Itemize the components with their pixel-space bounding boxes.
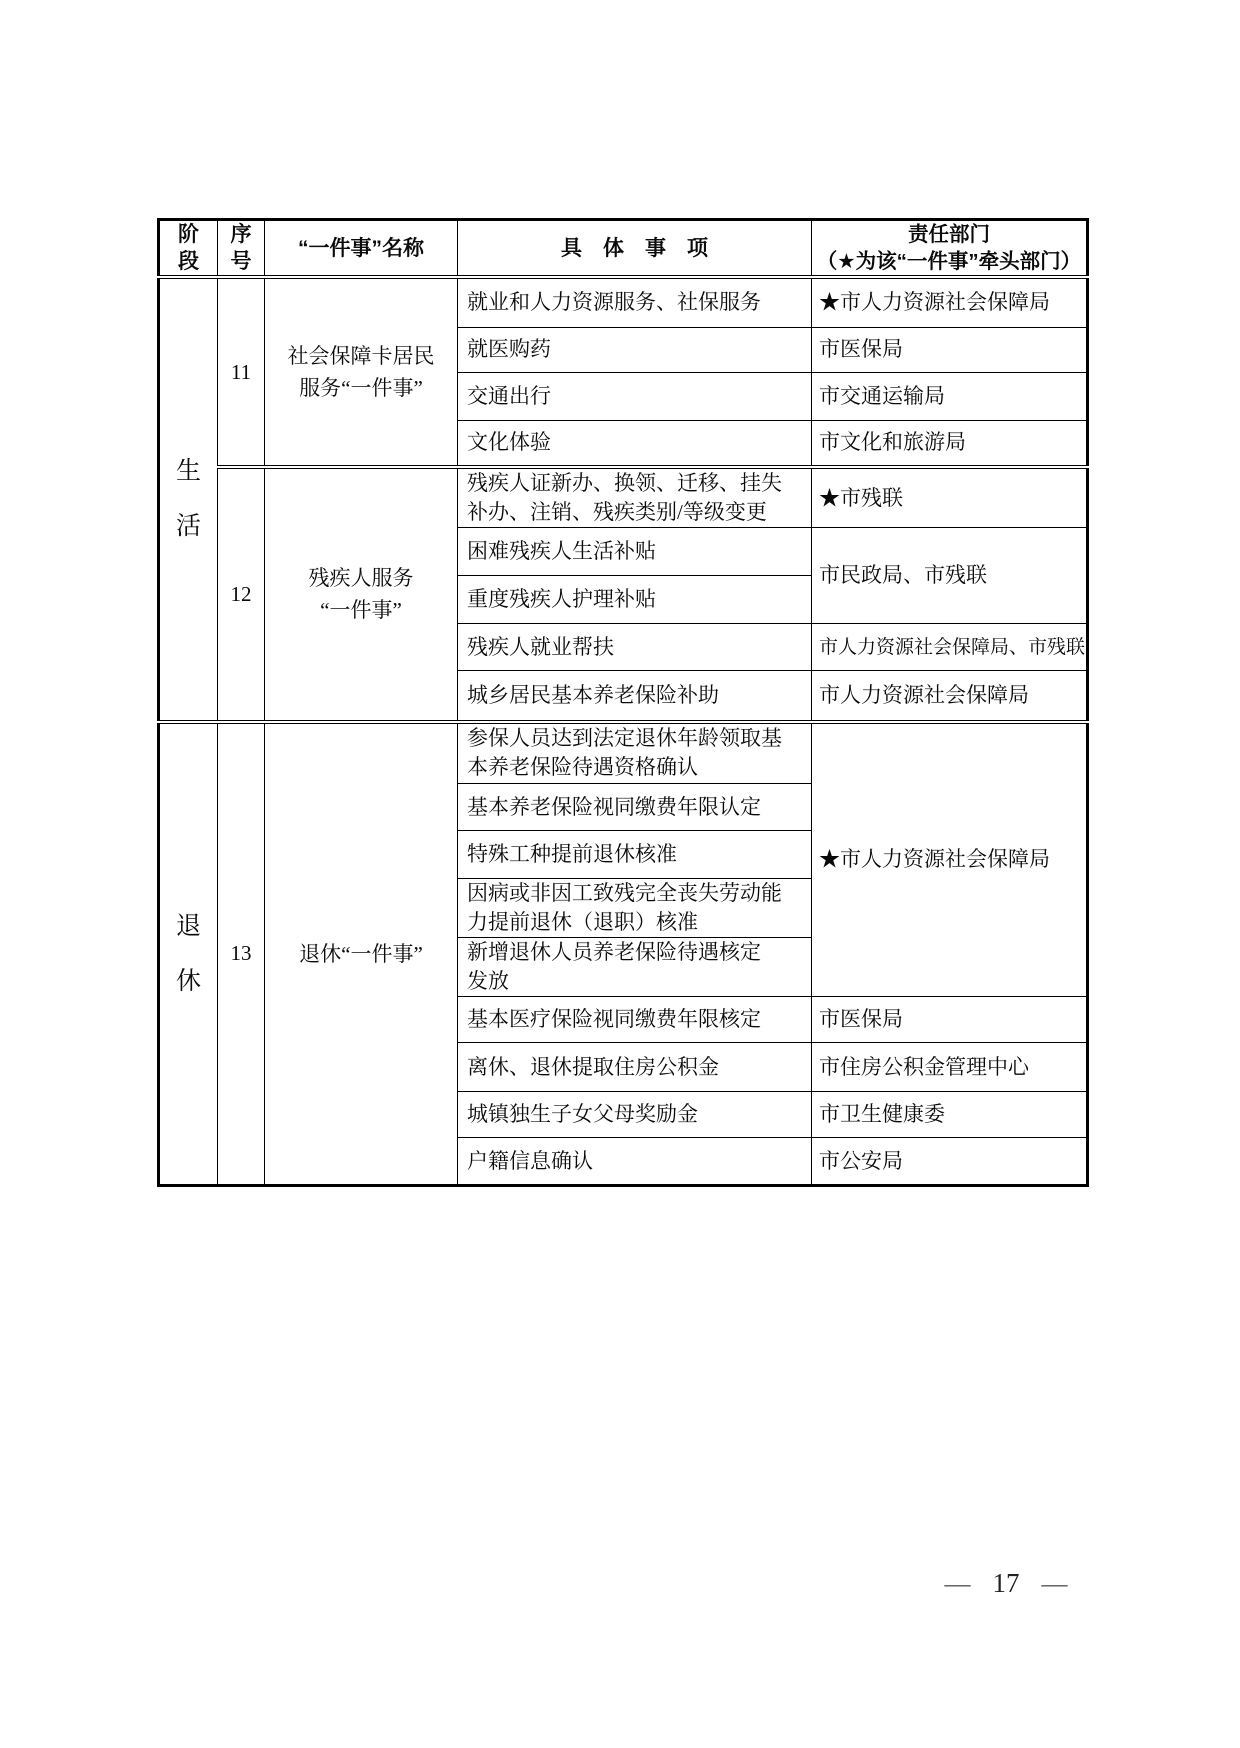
name-cell-disabled-services: 残疾人服务 “一件事” — [265, 467, 458, 722]
no-cell-12: 12 — [218, 467, 265, 722]
item-cell: 基本养老保险视同缴费年限认定 — [458, 784, 812, 831]
item-cell: 离休、退休提取住房公积金 — [458, 1043, 812, 1092]
dept-cell: 市医保局 — [812, 997, 1088, 1043]
item-cell: 参保人员达到法定退休年龄领取基 本养老保险待遇资格确认 — [458, 722, 812, 784]
header-no: 序 号 — [218, 220, 265, 278]
header-dept: 责任部门 （★为该“一件事”牵头部门） — [812, 220, 1088, 278]
name-cell-social-security-card: 社会保障卡居民 服务“一件事” — [265, 277, 458, 467]
stage-cell-life: 生 活 — [159, 277, 218, 722]
page-number: — 17 — — [936, 1568, 1076, 1599]
dept-cell: 市公安局 — [812, 1138, 1088, 1186]
page-number-right-dash: — — [1042, 1569, 1068, 1599]
header-name: “一件事”名称 — [265, 220, 458, 278]
item-cell: 重度残疾人护理补贴 — [458, 576, 812, 624]
document-page: { "table": { "header": { "stage": "阶\n段"… — [0, 0, 1240, 1748]
table-header-row: 阶 段 序 号 “一件事”名称 具 体 事 项 责任部门 （★为该“一件事”牵头… — [159, 220, 1088, 278]
item-cell: 因病或非因工致残完全丧失劳动能 力提前退休（退职）核准 — [458, 879, 812, 938]
dept-cell: 市人力资源社会保障局、市残联 — [812, 624, 1088, 671]
page-number-left-dash: — — [945, 1569, 971, 1599]
page-number-value: 17 — [993, 1568, 1020, 1599]
header-stage: 阶 段 — [159, 220, 218, 278]
item-cell: 残疾人证新办、换领、迁移、挂失 补办、注销、残疾类别/等级变更 — [458, 467, 812, 528]
item-cell: 城乡居民基本养老保险补助 — [458, 671, 812, 722]
dept-cell: 市交通运输局 — [812, 372, 1088, 420]
name-cell-retirement: 退休“一件事” — [265, 722, 458, 1186]
dept-cell: ★市人力资源社会保障局 — [812, 277, 1088, 327]
item-cell: 文化体验 — [458, 420, 812, 467]
item-cell: 户籍信息确认 — [458, 1138, 812, 1186]
table-row: 12 残疾人服务 “一件事” 残疾人证新办、换领、迁移、挂失 补办、注销、残疾类… — [159, 467, 1088, 528]
item-cell: 困难残疾人生活补贴 — [458, 528, 812, 576]
dept-cell: ★市残联 — [812, 467, 1088, 528]
item-cell: 交通出行 — [458, 372, 812, 420]
dept-cell: 市住房公积金管理中心 — [812, 1043, 1088, 1092]
item-cell: 残疾人就业帮扶 — [458, 624, 812, 671]
no-cell-11: 11 — [218, 277, 265, 467]
item-cell: 新增退休人员养老保险待遇核定 发放 — [458, 938, 812, 997]
table-row: 退 休 13 退休“一件事” 参保人员达到法定退休年龄领取基 本养老保险待遇资格… — [159, 722, 1088, 784]
item-cell: 特殊工种提前退休核准 — [458, 831, 812, 879]
table-row: 生 活 11 社会保障卡居民 服务“一件事” 就业和人力资源服务、社保服务 ★市… — [159, 277, 1088, 327]
item-cell: 就业和人力资源服务、社保服务 — [458, 277, 812, 327]
item-cell: 城镇独生子女父母奖励金 — [458, 1092, 812, 1138]
dept-cell: 市民政局、市残联 — [812, 528, 1088, 624]
dept-cell: ★市人力资源社会保障局 — [812, 722, 1088, 997]
item-cell: 基本医疗保险视同缴费年限核定 — [458, 997, 812, 1043]
item-cell: 就医购药 — [458, 327, 812, 372]
dept-cell: 市卫生健康委 — [812, 1092, 1088, 1138]
header-items: 具 体 事 项 — [458, 220, 812, 278]
dept-cell: 市医保局 — [812, 327, 1088, 372]
one-thing-services-table: 阶 段 序 号 “一件事”名称 具 体 事 项 责任部门 （★为该“一件事”牵头… — [157, 218, 1089, 1187]
no-cell-13: 13 — [218, 722, 265, 1186]
dept-cell: 市文化和旅游局 — [812, 420, 1088, 467]
stage-cell-retirement: 退 休 — [159, 722, 218, 1186]
dept-cell: 市人力资源社会保障局 — [812, 671, 1088, 722]
